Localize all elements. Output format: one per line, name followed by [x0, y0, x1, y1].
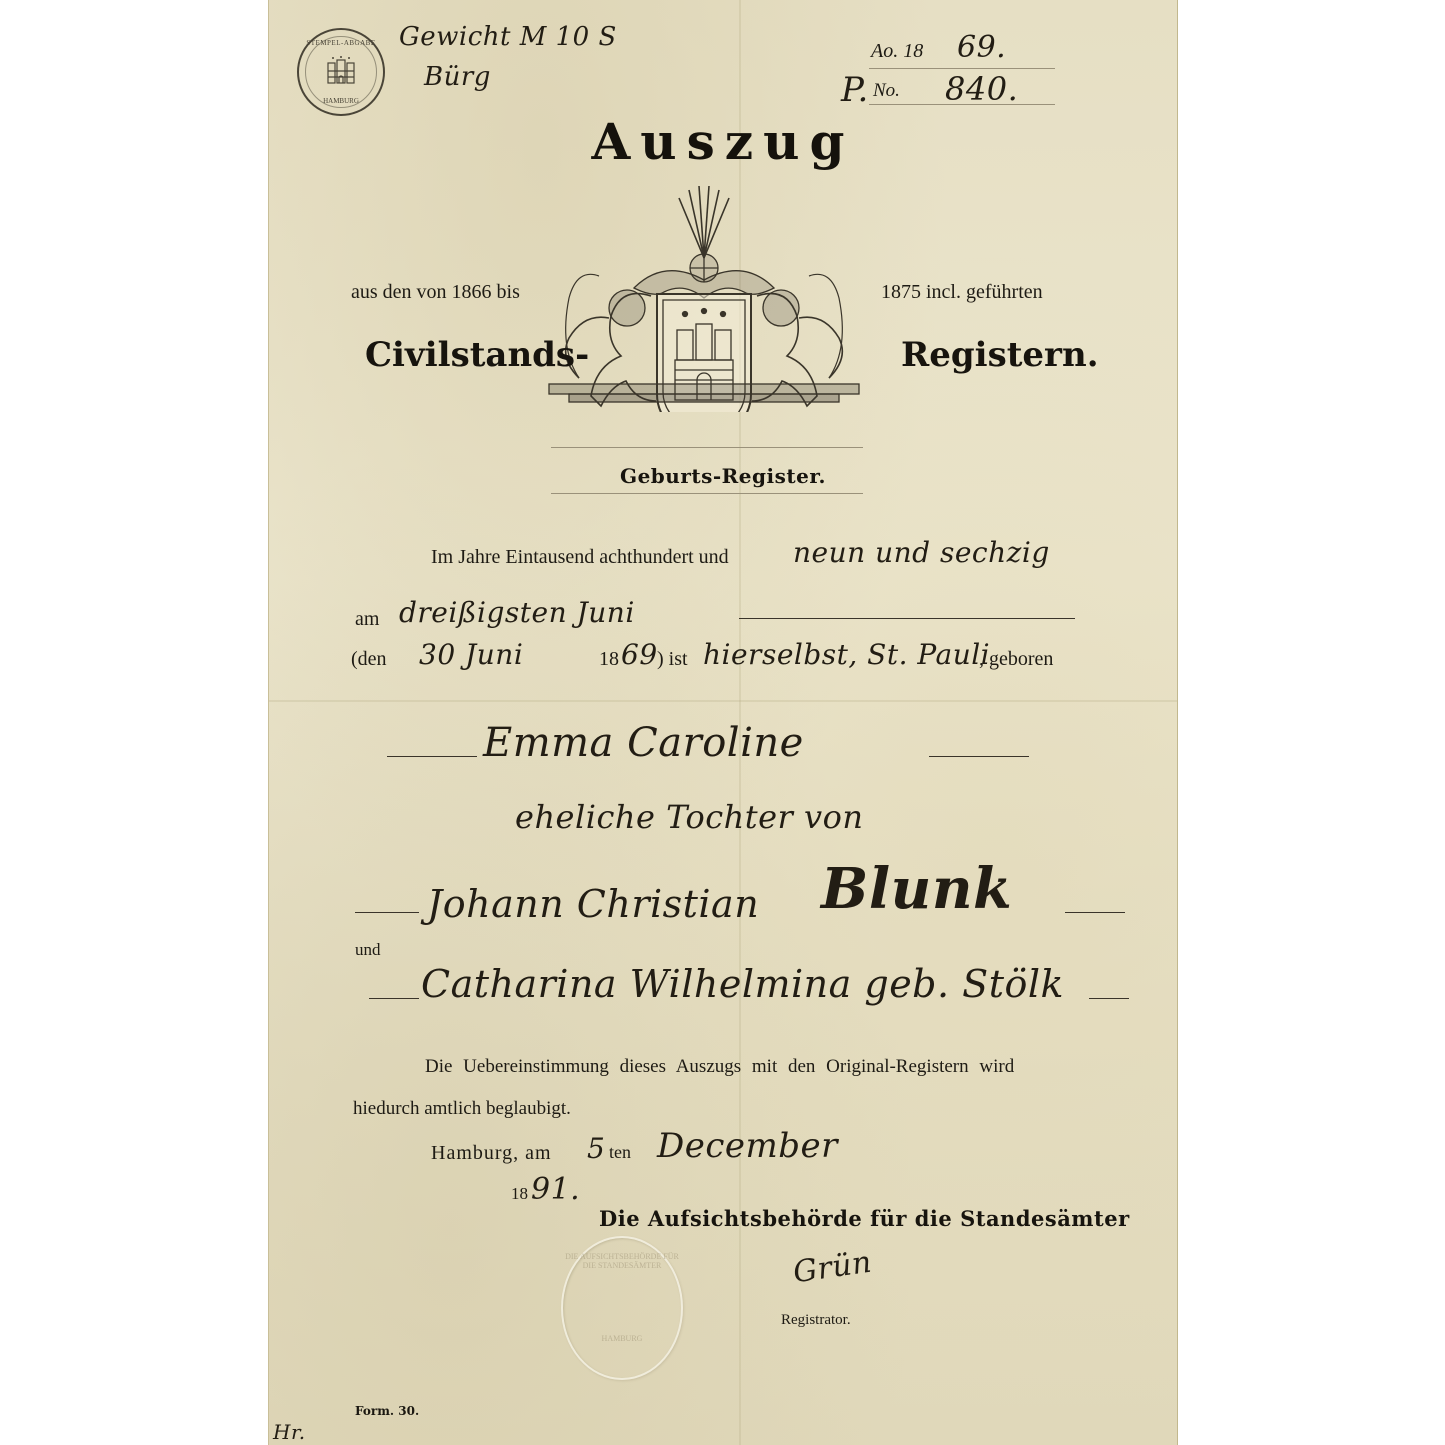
year-label: Ao. 18: [871, 40, 923, 63]
and-label: und: [355, 940, 381, 960]
child-name-rule-right: [929, 756, 1029, 757]
subtitle-left-small: aus den von 1866 bis: [351, 281, 520, 304]
mother-name: Catharina Wilhelmina geb. Stölk: [421, 962, 1064, 1006]
birth-date-fill-rule: [739, 618, 1075, 619]
number-label: No.: [873, 80, 900, 102]
registrar-signature: Grün: [791, 1245, 874, 1291]
fold-crease-horizontal: [269, 700, 1177, 702]
birth-date-handwritten: dreißigsten Juni: [399, 596, 635, 629]
hamburg-coat-of-arms-icon: [539, 178, 869, 412]
register-prefix: P.: [841, 70, 869, 110]
number-underline: [869, 104, 1055, 105]
embossed-seal-icon: DIE AUFSICHTSBEHÖRDE FÜR DIE STANDESÄMTE…: [561, 1236, 683, 1380]
mother-rule-right: [1089, 998, 1129, 999]
birth-place-handwritten: hierselbst, St. Pauli: [703, 638, 990, 671]
birth-date-label: am: [355, 608, 379, 631]
issue-day: 5: [587, 1132, 605, 1165]
issuing-authority: Die Aufsichtsbehörde für die Standesämte…: [599, 1206, 1130, 1231]
birth-year-prefix: 18: [599, 648, 619, 671]
register-name: Geburts-Register.: [269, 464, 1177, 488]
birth-year-suffix: 69: [621, 638, 658, 671]
issue-place-label: Hamburg, am: [431, 1142, 552, 1165]
certification-line-1: Die Uebereinstimmung dieses Auszugs mit …: [425, 1056, 1014, 1078]
handwritten-fee-note: Gewicht M 10 S: [399, 22, 617, 52]
child-name: Emma Caroline: [483, 720, 804, 766]
date-open-label: (den: [351, 648, 387, 671]
registrar-title: Registrator.: [781, 1312, 851, 1329]
birth-year-handwritten: neun und sechzig: [793, 536, 1050, 569]
certification-line-2: hiedurch amtlich beglaubigt.: [353, 1098, 571, 1120]
child-name-rule-left: [387, 756, 477, 757]
subtitle-right-small: 1875 incl. geführten: [881, 281, 1043, 304]
document-page: STEMPEL-ABGABE HAMBURG Gewicht M 10 S Bü…: [268, 0, 1178, 1445]
father-given-names: Johann Christian: [427, 882, 759, 926]
form-number: Form. 30.: [355, 1404, 419, 1418]
issue-month: December: [657, 1126, 838, 1166]
seal-top-text: DIE AUFSICHTSBEHÖRDE FÜR DIE STANDESÄMTE…: [563, 1252, 681, 1270]
issue-day-suffix: ten: [609, 1142, 631, 1163]
subtitle-right-large: Registern.: [901, 335, 1099, 375]
handwritten-fee-note-2: Bürg: [424, 62, 491, 92]
clerk-initial: Hr.: [273, 1420, 306, 1444]
hamburg-castle-icon: [324, 55, 358, 89]
relation-text: eheliche Tochter von: [515, 798, 863, 836]
born-label: , geboren: [979, 648, 1053, 671]
stamp-bottom-text: HAMBURG: [306, 97, 376, 105]
year-underline: [869, 68, 1055, 69]
seal-bottom-text: HAMBURG: [563, 1334, 681, 1343]
number-value: 840.: [945, 70, 1018, 108]
register-top-rule: [551, 447, 863, 448]
father-rule-left: [355, 912, 419, 913]
father-rule-right: [1065, 912, 1125, 913]
birth-year-printed: Im Jahre Eintausend achthundert und: [431, 546, 729, 569]
place-label: ) ist: [657, 648, 688, 671]
year-value: 69.: [957, 30, 1006, 65]
tax-stamp: STEMPEL-ABGABE HAMBURG: [297, 28, 385, 116]
stamp-top-text: STEMPEL-ABGABE: [306, 39, 376, 47]
birth-day-month-handwritten: 30 Juni: [419, 638, 523, 671]
father-surname: Blunk: [821, 856, 1012, 922]
page-title: Auszug: [269, 112, 1177, 171]
issue-year-prefix: 18: [511, 1184, 528, 1204]
register-bottom-rule: [551, 493, 863, 494]
issue-year-suffix: 91.: [531, 1172, 580, 1207]
mother-rule-left: [369, 998, 419, 999]
subtitle-left-large: Civilstands-: [365, 335, 589, 375]
